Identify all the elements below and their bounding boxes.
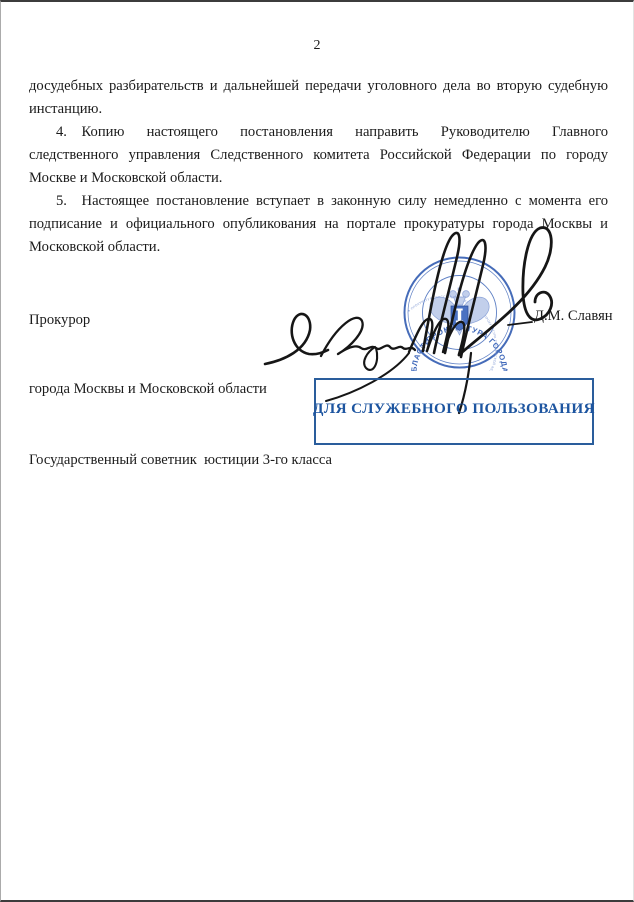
signature-ascender-1 bbox=[423, 233, 459, 353]
signature-initial-d bbox=[265, 314, 328, 364]
page-number: 2 bbox=[1, 37, 633, 55]
paragraph-continuation: досудебных разбирательств и дальнейшей п… bbox=[29, 75, 608, 121]
paragraph-item-4: 4. Копию настоящего постановления направ… bbox=[29, 121, 608, 190]
signature-script bbox=[321, 318, 415, 356]
signature-flourish-loop bbox=[459, 228, 552, 355]
restricted-use-label: ДЛЯ СЛУЖЕБНОГО ПОЛЬЗОВАНИЯ bbox=[313, 400, 595, 418]
signature-y-loop bbox=[364, 347, 377, 370]
signature-end-dash bbox=[508, 322, 532, 325]
document-page: 2 досудебных разбирательств и дальнейшей… bbox=[0, 0, 634, 902]
restricted-use-stamp: ДЛЯ СЛУЖЕБНОГО ПОЛЬЗОВАНИЯ bbox=[314, 378, 594, 445]
